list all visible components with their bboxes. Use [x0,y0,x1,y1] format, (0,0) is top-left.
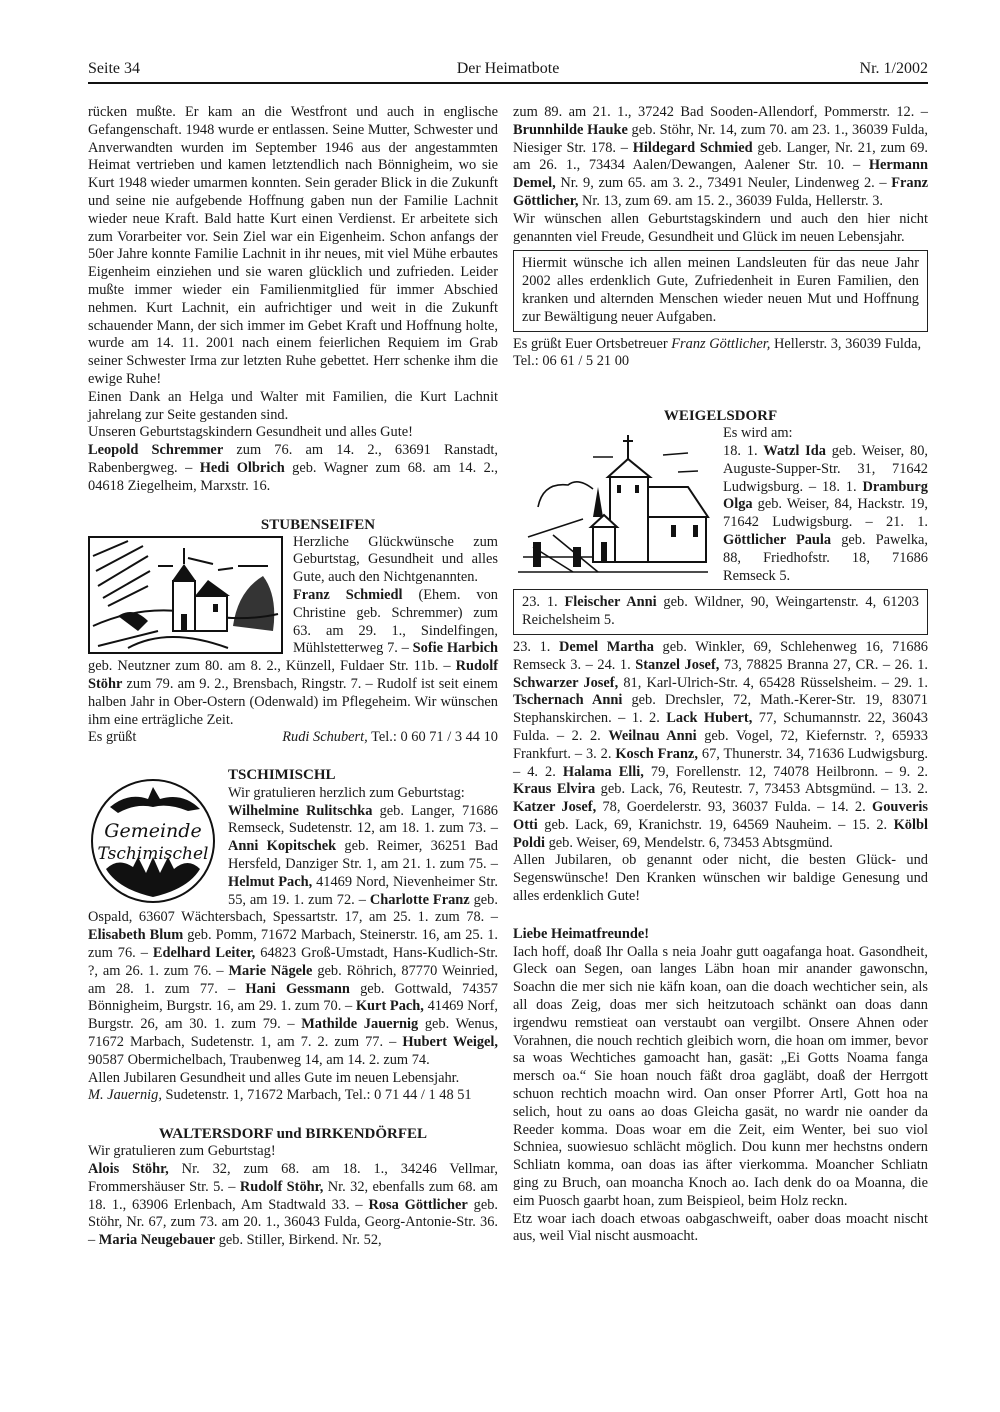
right-column: zum 89. am 21. 1., 37242 Bad Sooden-Alle… [513,104,928,1246]
author-name: Rudi Schubert, [282,729,368,745]
letter-body: Iach hoff, doaß Ihr Oalla s neia Joahr g… [513,944,928,1211]
emblem-line-2: Tschimischel [98,844,209,864]
signature: Es grüßt Rudi Schubert, Tel.: 0 60 71 / … [88,729,498,747]
publication-title: Der Heimatbote [88,60,928,78]
community-emblem-icon: Gemeinde Tschimischel [88,777,218,905]
section-letter: Liebe Heimatfreunde! Iach hoff, doaß Ihr… [513,926,928,1246]
person-name: Sofie Harbich [413,640,498,656]
signature: M. Jauernig, Sudetenstr. 1, 71672 Marbac… [88,1087,498,1105]
church-sketch-icon [88,536,283,654]
section-title: STUBENSEIFEN [88,516,498,534]
signature: Es grüßt Euer Ortsbetreuer Franz Göttlic… [513,336,928,372]
section-stubenseifen: STUBENSEIFEN [88,516,498,748]
left-column: rücken mußte. Er kam an die Westfront un… [88,104,498,1250]
letter-closing: Etz woar iach doach etwoas oabgaschweift… [513,1211,928,1247]
person-name: Hedi Olbrich [200,460,285,476]
weigelsdorf-closing: Allen Jubilaren, ob genannt oder nicht, … [513,852,928,905]
tschimischl-closing: Allen Jubilaren Gesundheit und alles Gut… [88,1070,498,1088]
waltersdorf-intro: Wir gratulieren zum Geburtstag! [88,1143,498,1161]
issue-number: Nr. 1/2002 [860,60,928,78]
birthday-list: Alois Stöhr, Nr. 32, zum 68. am 18. 1., … [88,1161,498,1250]
birthday-list: 23. 1. Demel Martha geb. Winkler, 69, Sc… [513,639,928,853]
obituary-text: rücken mußte. Er kam an die Westfront un… [88,104,498,389]
thanks-text: Einen Dank an Helga und Walter mit Famil… [88,389,498,425]
birthday-wish: Wir wünschen allen Geburtstagskindern un… [513,211,928,247]
letter-title: Liebe Heimatfreunde! [513,926,928,944]
section-title: WEIGELSDORF [513,407,928,425]
person-name: Leopold Schremmer [88,442,223,458]
person-name: Franz Schmiedl [293,587,403,603]
section-title: WALTERSDORF und BIRKENDÖRFEL [88,1125,498,1143]
church-sketch-icon [513,427,713,577]
section-weigelsdorf: WEIGELSDORF [513,407,928,906]
page-header: Seite 34 Der Heimatbote Nr. 1/2002 [88,58,928,84]
section-waltersdorf: WALTERSDORF und BIRKENDÖRFEL Wir gratuli… [88,1125,498,1250]
birthday-list: zum 89. am 21. 1., 37242 Bad Sooden-Alle… [513,104,928,211]
section-tschimischl: Gemeinde Tschimischel TSCHIMISCHL Wir gr… [88,767,498,1105]
new-year-greeting-box: Hiermit wünsche ich allen meinen Landsle… [513,250,928,331]
birthday-wish: Unseren Geburtstagskindern Gesundheit un… [88,424,498,442]
birthday-list: Leopold Schremmer zum 76. am 14. 2., 636… [88,442,498,495]
emblem-line-1: Gemeinde [104,820,201,842]
highlighted-birthday-box: 23. 1. Fleischer Anni geb. Wildner, 90, … [513,589,928,635]
